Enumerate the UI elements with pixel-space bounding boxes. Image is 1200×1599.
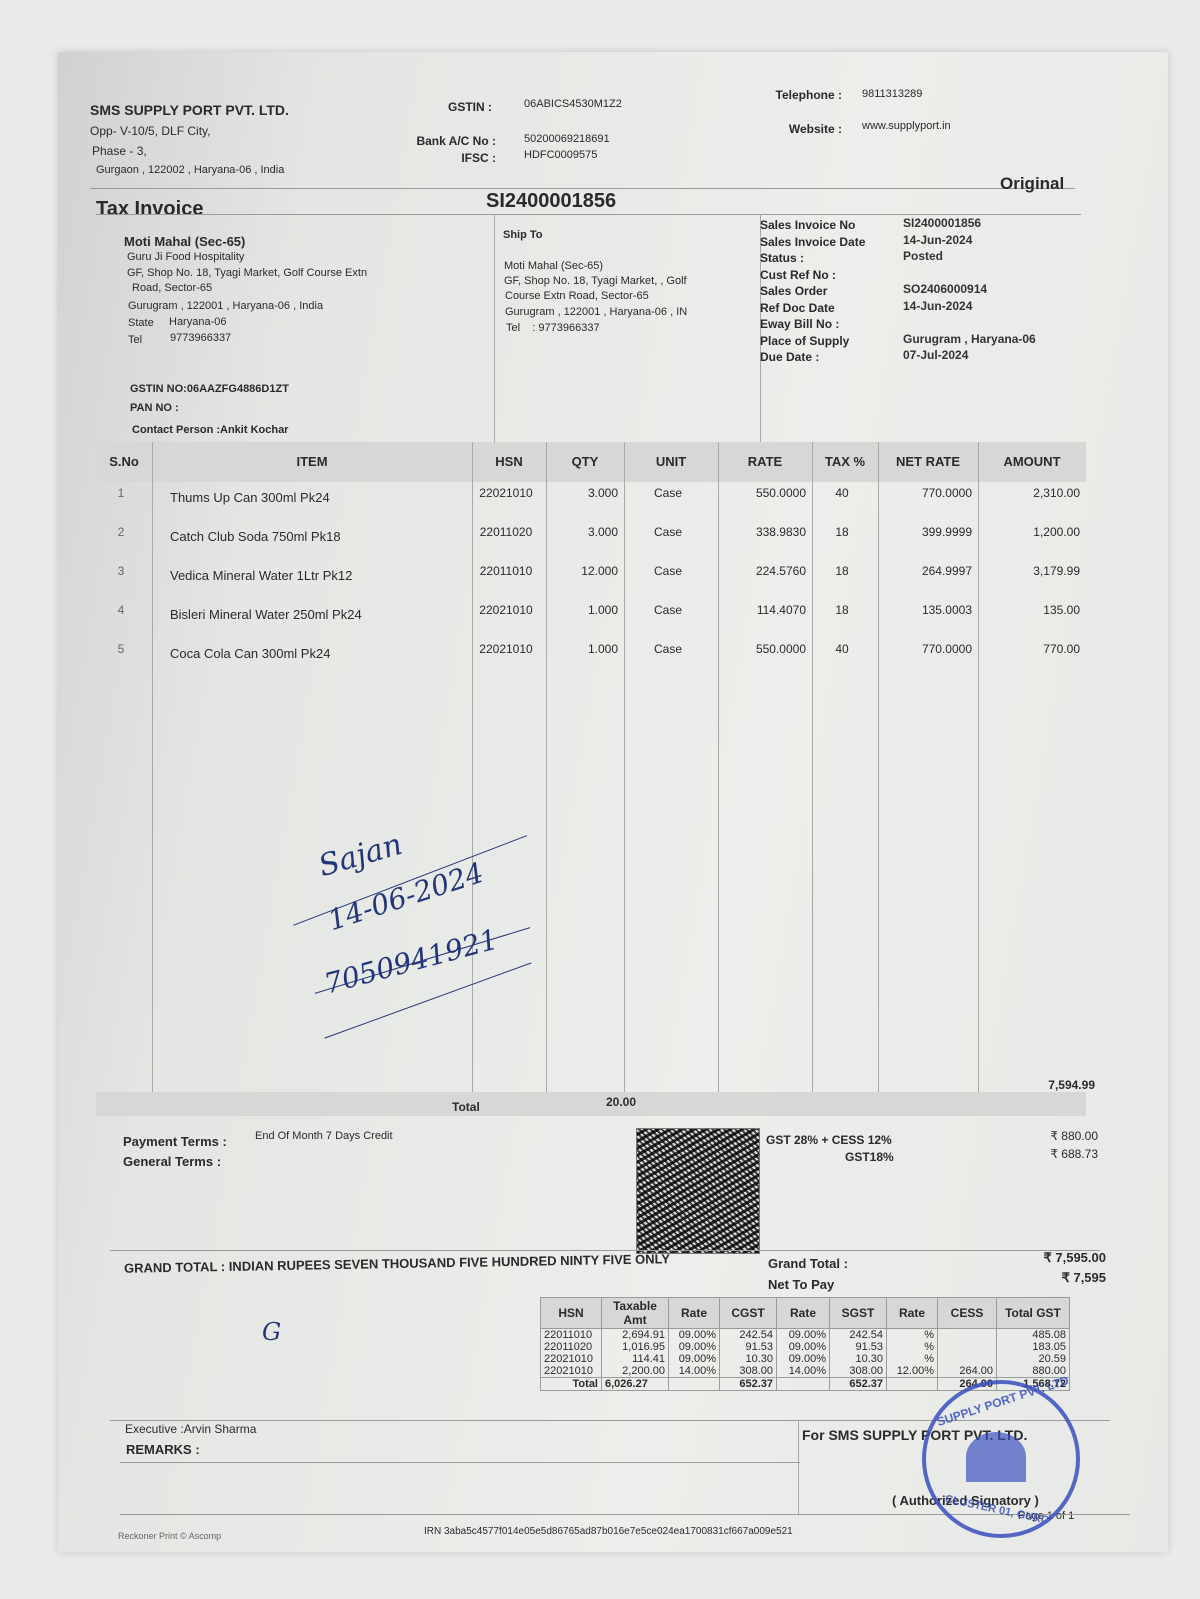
gst-cell: 91.53 <box>830 1341 887 1353</box>
column-header: ITEM <box>152 454 472 469</box>
gst-cell <box>938 1329 997 1342</box>
ship-to-line-3: Course Extn Road, Sector-65 <box>505 290 649 302</box>
website-label: Website : <box>750 122 842 136</box>
gst-cell: 09.00% <box>777 1353 830 1365</box>
ifsc-label: IFSC : <box>400 151 496 165</box>
meta-label: Due Date : <box>760 350 819 364</box>
gst-column-header: HSN <box>541 1298 602 1329</box>
handwritten-mark: G <box>262 1318 281 1346</box>
company-address-1: Opp- V-10/5, DLF City, <box>90 124 211 138</box>
bill-to-state-label: State <box>128 317 154 329</box>
table-cell: 338.9830 <box>718 525 806 539</box>
telephone-value: 9811313289 <box>862 88 922 100</box>
meta-value: Posted <box>903 249 943 263</box>
bank-value: 50200069218691 <box>524 133 610 145</box>
meta-label: Sales Invoice No <box>760 218 855 232</box>
gst-cell: 242.54 <box>720 1329 777 1342</box>
table-cell: 40 <box>812 642 872 656</box>
gst-cell: % <box>887 1341 938 1353</box>
table-cell: 770.0000 <box>878 642 972 656</box>
gst-cell: 91.53 <box>720 1341 777 1353</box>
table-cell: Bisleri Mineral Water 250ml Pk24 <box>170 607 472 622</box>
company-address-3: Gurgaon , 122002 , Haryana-06 , India <box>96 164 284 176</box>
table-cell: Case <box>624 486 712 500</box>
table-cell: Case <box>624 564 712 578</box>
gst-column-header: Rate <box>777 1298 830 1329</box>
stamp-bottom-text: CLUSTER 01, GURG <box>944 1493 1051 1527</box>
table-cell: 224.5760 <box>718 564 806 578</box>
gst-cell <box>938 1353 997 1365</box>
table-cell: 22021010 <box>472 486 540 500</box>
table-cell: 18 <box>812 525 872 539</box>
gst-cell: 308.00 <box>720 1365 777 1378</box>
company-stamp: SUPPLY PORT PVT. LTD CLUSTER 01, GURG <box>922 1380 1080 1538</box>
tax-summary-line2-value: ₹ 688.73 <box>1000 1147 1098 1161</box>
tax-summary-line1-value: ₹ 880.00 <box>1000 1129 1098 1143</box>
table-cell: 22011020 <box>472 525 540 539</box>
bill-to-pan: PAN NO : <box>130 402 179 414</box>
qr-code <box>636 1128 760 1254</box>
table-cell: 135.0003 <box>878 603 972 617</box>
table-cell: 22021010 <box>472 603 540 617</box>
gst-cell: 10.30 <box>720 1353 777 1365</box>
irn: IRN 3aba5c4577f014e05e5d86765ad87b016e7e… <box>424 1526 793 1537</box>
table-cell: 3.000 <box>546 525 618 539</box>
table-cell: Coca Cola Can 300ml Pk24 <box>170 646 472 661</box>
column-header: HSN <box>472 454 546 469</box>
gst-cell: 10.30 <box>830 1353 887 1365</box>
table-cell: 4 <box>96 603 146 617</box>
gst-cell: 114.41 <box>602 1353 669 1365</box>
gst-cell: 308.00 <box>830 1365 887 1378</box>
table-cell: 550.0000 <box>718 642 806 656</box>
table-row[interactable]: 3Vedica Mineral Water 1Ltr Pk12220110101… <box>96 560 1086 598</box>
doc-title: Tax Invoice <box>96 198 203 221</box>
table-cell: 135.00 <box>978 603 1080 617</box>
table-cell: 1,200.00 <box>978 525 1080 539</box>
table-cell: Case <box>624 603 712 617</box>
column-header: QTY <box>546 454 624 469</box>
meta-label: Cust Ref No : <box>760 268 836 282</box>
payment-terms: End Of Month 7 Days Credit <box>255 1130 393 1142</box>
gst-column-header: CGST <box>720 1298 777 1329</box>
ship-to-line-2: GF, Shop No. 18, Tyagi Market, , Golf <box>504 275 687 287</box>
table-cell: 40 <box>812 486 872 500</box>
gst-cell: % <box>887 1329 938 1342</box>
table-cell: 264.9997 <box>878 564 972 578</box>
gst-total-cell <box>887 1378 938 1391</box>
invoice-number: SI2400001856 <box>486 190 616 213</box>
meta-value: SI2400001856 <box>903 216 981 230</box>
gst-cell: 12.00% <box>887 1365 938 1378</box>
table-cell: 3.000 <box>546 486 618 500</box>
table-cell: 2 <box>96 525 146 539</box>
bill-to-line-1: Guru Ji Food Hospitality <box>127 251 244 263</box>
gst-cell: 20.59 <box>997 1353 1070 1365</box>
table-row[interactable]: 4Bisleri Mineral Water 250ml Pk242202101… <box>96 599 1086 637</box>
column-header: AMOUNT <box>978 454 1086 469</box>
grand-total-value: ₹ 7,595.00 <box>990 1250 1106 1266</box>
table-cell: Case <box>624 642 712 656</box>
total-label: Total <box>452 1100 480 1114</box>
meta-label: Sales Invoice Date <box>760 235 865 249</box>
gstin-label: GSTIN : <box>400 100 492 114</box>
bill-to-tel: 9773966337 <box>170 332 231 344</box>
meta-value: 07-Jul-2024 <box>903 348 968 362</box>
ship-to-label: Ship To <box>503 229 543 241</box>
table-row[interactable]: 5Coca Cola Can 300ml Pk24220210101.000Ca… <box>96 638 1086 676</box>
table-row[interactable]: 1Thums Up Can 300ml Pk24220210103.000Cas… <box>96 482 1086 520</box>
gst-total-cell: 652.37 <box>830 1378 887 1391</box>
ifsc-value: HDFC0009575 <box>524 149 597 161</box>
meta-label: Status : <box>760 251 804 265</box>
table-cell: 550.0000 <box>718 486 806 500</box>
gstin-value: 06ABICS4530M1Z2 <box>524 98 622 110</box>
gst-cell: 264.00 <box>938 1365 997 1378</box>
gst-cell: 1,016.95 <box>602 1341 669 1353</box>
table-cell: 22021010 <box>472 642 540 656</box>
gst-cell: 09.00% <box>669 1329 720 1342</box>
gst-cell: % <box>887 1353 938 1365</box>
gst-cell: 2,694.91 <box>602 1329 669 1342</box>
table-cell: 12.000 <box>546 564 618 578</box>
table-cell: 3 <box>96 564 146 578</box>
bill-to-line-2: GF, Shop No. 18, Tyagi Market, Golf Cour… <box>127 267 367 279</box>
total-qty: 20.00 <box>560 1095 636 1109</box>
table-cell: 1.000 <box>546 642 618 656</box>
gst-total-cell: 652.37 <box>720 1378 777 1391</box>
meta-value: 14-Jun-2024 <box>903 299 972 313</box>
table-cell: 22011010 <box>472 564 540 578</box>
table-cell: Vedica Mineral Water 1Ltr Pk12 <box>170 568 472 583</box>
gst-cell: 09.00% <box>777 1341 830 1353</box>
gst-cell: 22011010 <box>541 1329 602 1342</box>
company-name: SMS SUPPLY PORT PVT. LTD. <box>90 102 289 118</box>
gst-summary-table: HSNTaxable AmtRateCGSTRateSGSTRateCESSTo… <box>540 1297 1120 1391</box>
column-header: S.No <box>96 454 152 469</box>
net-to-pay-value: ₹ 7,595 <box>990 1270 1106 1286</box>
gst-row: 220110201,016.9509.00%91.5309.00%91.53%1… <box>541 1341 1070 1353</box>
gst-row: 220110102,694.9109.00%242.5409.00%242.54… <box>541 1329 1070 1342</box>
table-cell: 3,179.99 <box>978 564 1080 578</box>
stamp-logo-icon <box>966 1432 1026 1482</box>
general-terms-label: General Terms : <box>123 1154 221 1169</box>
column-header: UNIT <box>624 454 718 469</box>
gst-cell: 09.00% <box>777 1329 830 1342</box>
column-header: NET RATE <box>878 454 978 469</box>
gst-cell: 09.00% <box>669 1353 720 1365</box>
total-amount: 7,594.99 <box>1000 1078 1095 1092</box>
gst-cell: 22021010 <box>541 1353 602 1365</box>
executive: Executive :Arvin Sharma <box>125 1422 256 1436</box>
net-to-pay-label: Net To Pay <box>768 1277 834 1292</box>
gst-column-header: Taxable Amt <box>602 1298 669 1329</box>
meta-label: Eway Bill No : <box>760 317 839 331</box>
meta-label: Ref Doc Date <box>760 301 835 315</box>
contact-person: Contact Person :Ankit Kochar <box>132 424 288 436</box>
table-cell: 5 <box>96 642 146 656</box>
table-cell: Case <box>624 525 712 539</box>
bill-to-line-4: Gurugram , 122001 , Haryana-06 , India <box>128 300 323 312</box>
table-cell: Catch Club Soda 750ml Pk18 <box>170 529 472 544</box>
gst-cell: 14.00% <box>669 1365 720 1378</box>
ship-to-line-4: Gurugram , 122001 , Haryana-06 , IN <box>505 306 687 318</box>
bank-label: Bank A/C No : <box>390 134 496 148</box>
gst-column-header: SGST <box>830 1298 887 1329</box>
website-link[interactable]: www.supplyport.in <box>862 120 951 132</box>
bill-to-line-3: Road, Sector-65 <box>132 282 212 294</box>
gst-row: 220210102,200.0014.00%308.0014.00%308.00… <box>541 1365 1070 1378</box>
gst-cell: 242.54 <box>830 1329 887 1342</box>
table-cell: 1 <box>96 486 146 500</box>
column-header: RATE <box>718 454 812 469</box>
gst-column-header: CESS <box>938 1298 997 1329</box>
printed-by: Reckoner Print © Ascomp <box>118 1531 221 1541</box>
meta-label: Sales Order <box>760 284 827 298</box>
tax-summary-line2-label: GST18% <box>845 1150 894 1164</box>
bill-to-gstin: GSTIN NO:06AAZFG4886D1ZT <box>130 383 289 395</box>
gst-total-cell <box>777 1378 830 1391</box>
gst-column-header: Rate <box>669 1298 720 1329</box>
gst-total-cell: 6,026.27 <box>602 1378 669 1391</box>
bill-to-name: Moti Mahal (Sec-65) <box>124 234 245 249</box>
gst-cell <box>938 1341 997 1353</box>
table-cell: 770.00 <box>978 642 1080 656</box>
table-cell: 770.0000 <box>878 486 972 500</box>
bill-to-state: Haryana-06 <box>169 316 226 328</box>
meta-value: SO2406000914 <box>903 282 987 296</box>
table-cell: 2,310.00 <box>978 486 1080 500</box>
gst-column-header: Total GST <box>997 1298 1070 1329</box>
tax-summary-line1-label: GST 28% + CESS 12% <box>766 1133 892 1147</box>
gst-cell: 22021010 <box>541 1365 602 1378</box>
copy-label: Original <box>1000 174 1064 194</box>
table-cell: 18 <box>812 564 872 578</box>
remarks-label: REMARKS : <box>126 1442 200 1457</box>
gst-total-cell: Total <box>541 1378 602 1391</box>
gst-cell: 14.00% <box>777 1365 830 1378</box>
table-cell: 1.000 <box>546 603 618 617</box>
gst-column-header: Rate <box>887 1298 938 1329</box>
gst-cell: 485.08 <box>997 1329 1070 1342</box>
table-row[interactable]: 2Catch Club Soda 750ml Pk18220110203.000… <box>96 521 1086 559</box>
meta-value: Gurugram , Haryana-06 <box>903 332 1036 346</box>
table-cell: Thums Up Can 300ml Pk24 <box>170 490 472 505</box>
gst-total-cell <box>669 1378 720 1391</box>
gst-cell: 2,200.00 <box>602 1365 669 1378</box>
ship-to-line-5: Tel : 9773966337 <box>506 322 600 334</box>
payment-terms-label: Payment Terms : <box>123 1134 227 1149</box>
table-cell: 114.4070 <box>718 603 806 617</box>
gst-cell: 183.05 <box>997 1341 1070 1353</box>
gst-cell: 22011020 <box>541 1341 602 1353</box>
meta-value: 14-Jun-2024 <box>903 233 972 247</box>
grand-total-label: Grand Total : <box>768 1256 848 1271</box>
meta-label: Place of Supply <box>760 334 849 348</box>
column-header: TAX % <box>812 454 878 469</box>
ship-to-line-1: Moti Mahal (Sec-65) <box>504 260 603 272</box>
telephone-label: Telephone : <box>750 88 842 102</box>
gst-row: 22021010114.4109.00%10.3009.00%10.30%20.… <box>541 1353 1070 1365</box>
table-cell: 399.9999 <box>878 525 972 539</box>
table-cell: 18 <box>812 603 872 617</box>
gst-cell: 09.00% <box>669 1341 720 1353</box>
bill-to-tel-label: Tel <box>128 334 142 346</box>
company-address-2: Phase - 3, <box>92 144 147 158</box>
